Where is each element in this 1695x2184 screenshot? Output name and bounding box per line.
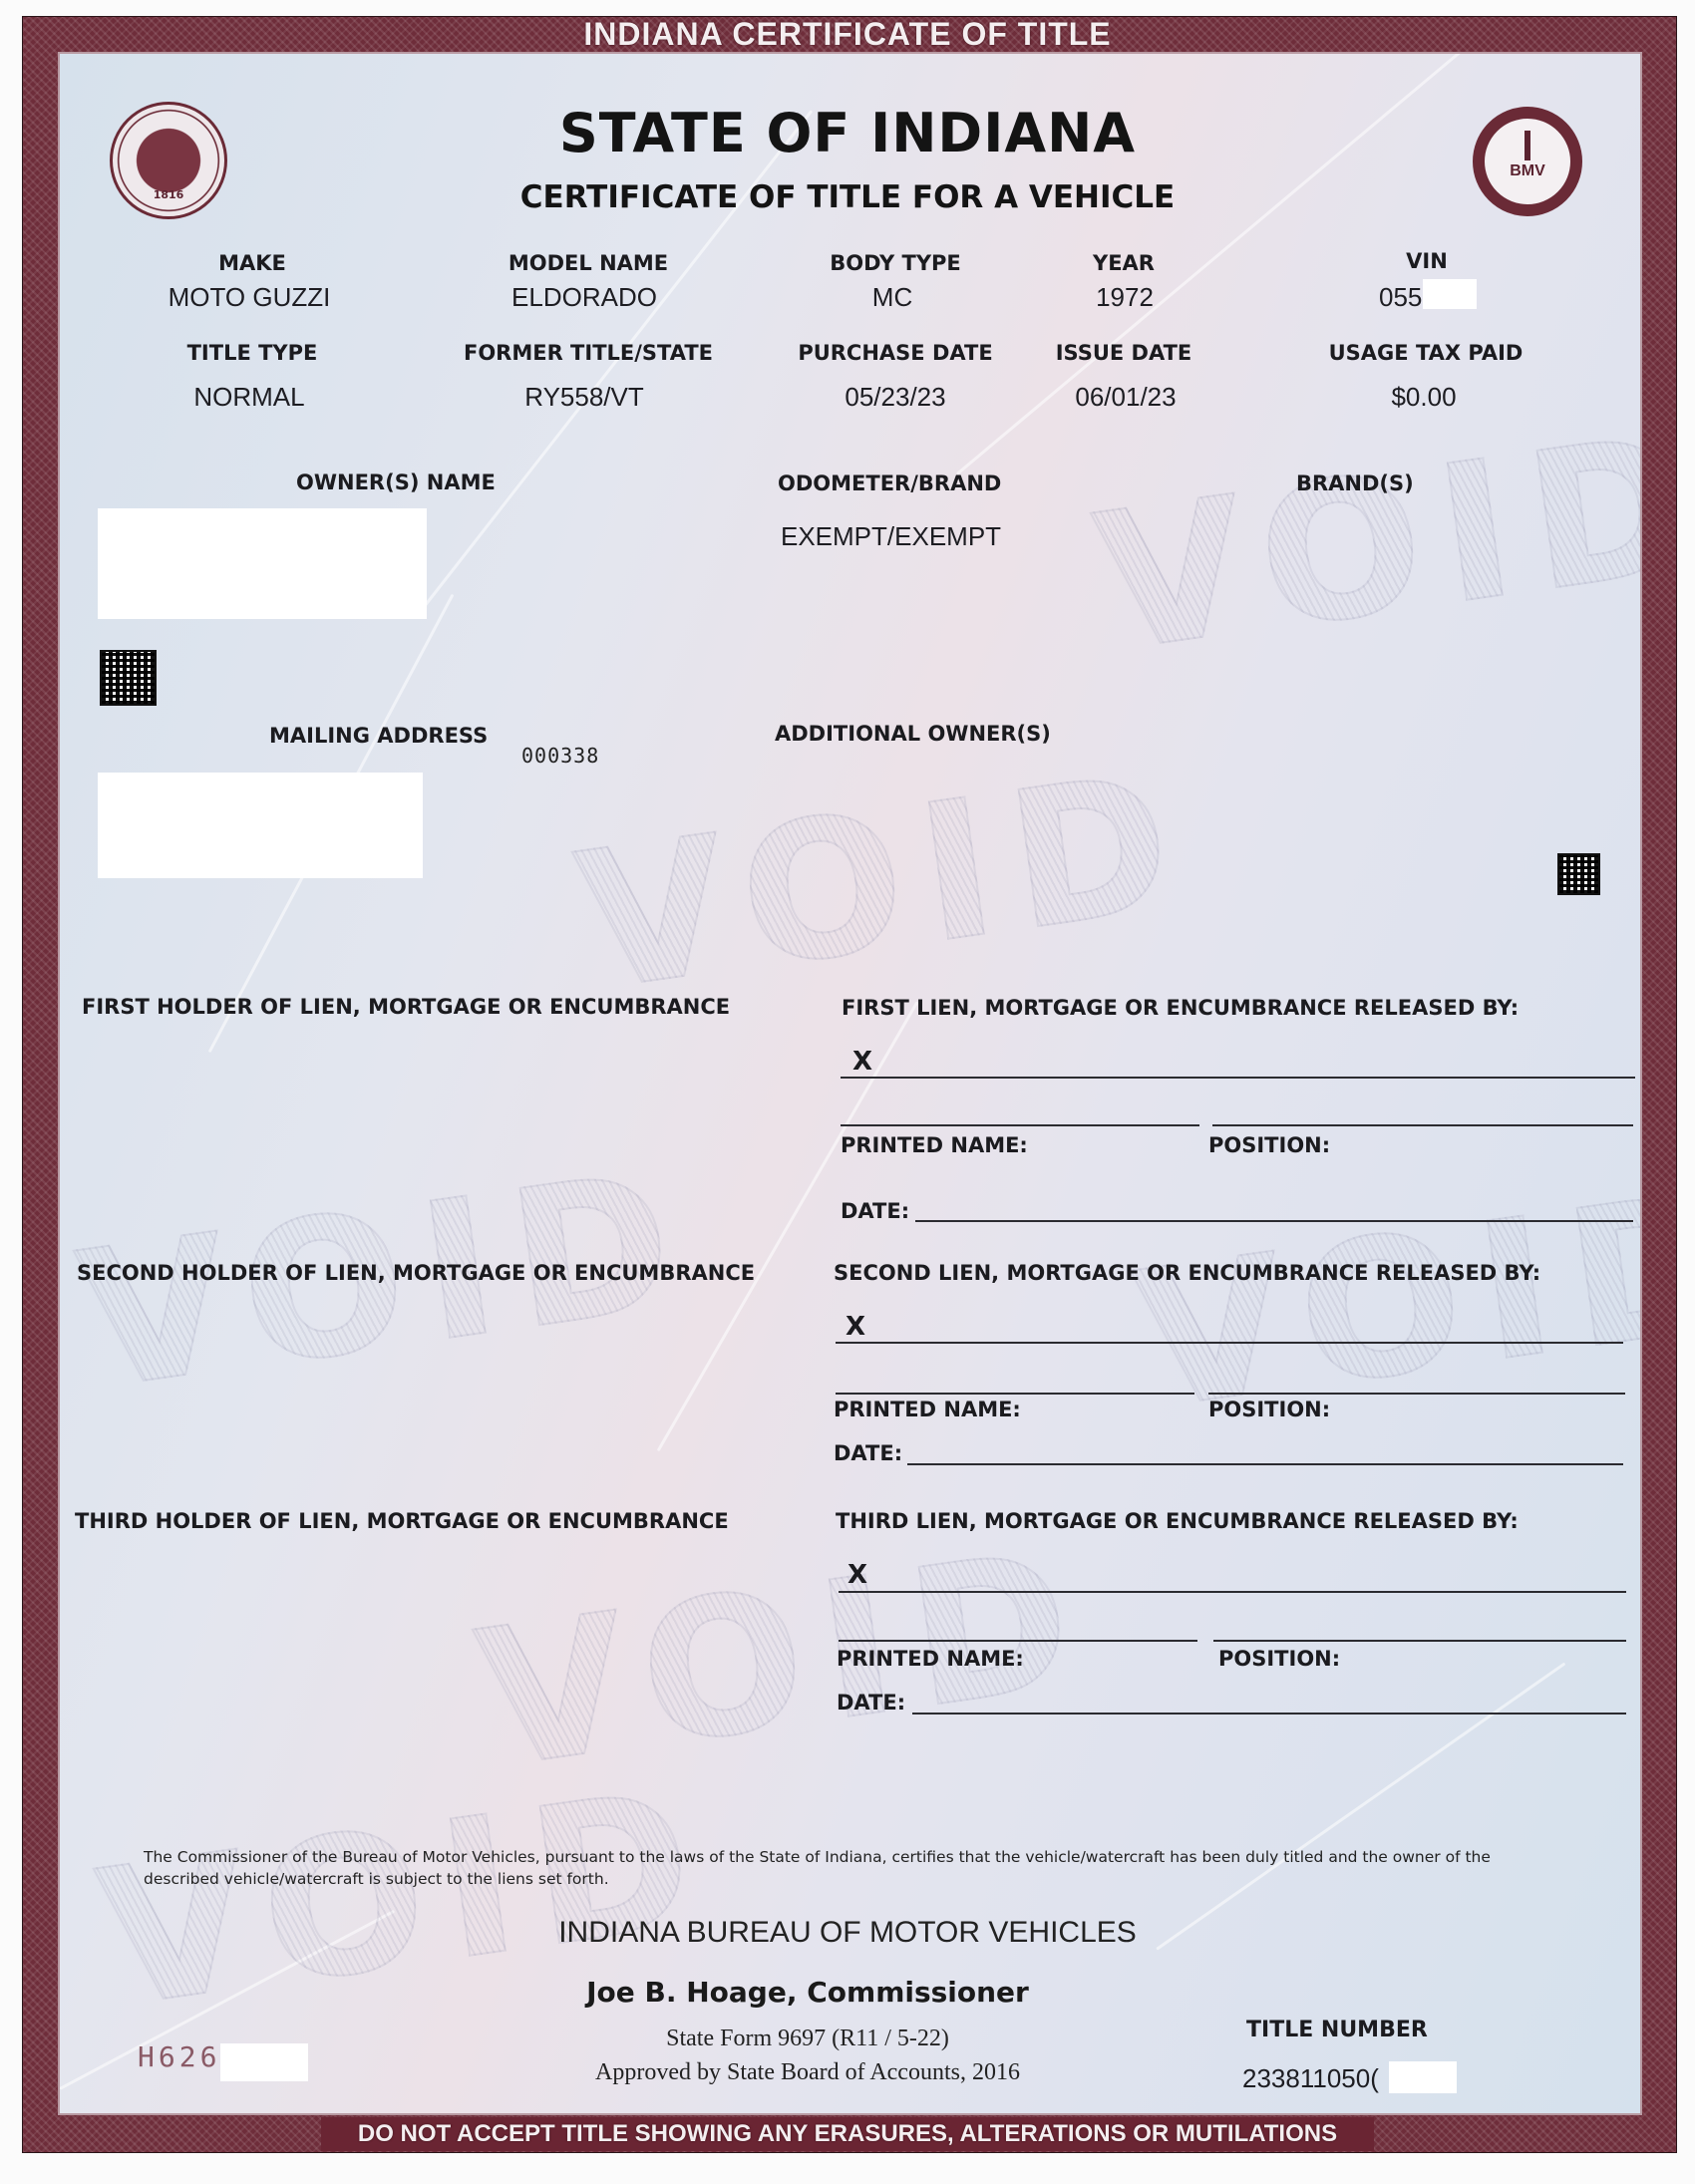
- second-lien-date-label: DATE:: [834, 1441, 902, 1465]
- second-lien-x-mark: X: [846, 1312, 865, 1342]
- control-number: H626: [138, 2040, 220, 2073]
- title-type-label: TITLE TYPE: [187, 341, 318, 365]
- vin-label: VIN: [1406, 249, 1448, 273]
- top-banner: INDIANA CERTIFICATE OF TITLE: [0, 16, 1695, 52]
- title-number-label: TITLE NUMBER: [1246, 2018, 1428, 2042]
- marble-vein: [657, 1001, 919, 1451]
- second-lien-holder-label: SECOND HOLDER OF LIEN, MORTGAGE OR ENCUM…: [77, 1261, 755, 1285]
- usage-tax-label: USAGE TAX PAID: [1329, 341, 1524, 365]
- former-title-value: RY558/VT: [524, 382, 643, 413]
- document-subtitle: CERTIFICATE OF TITLE FOR A VEHICLE: [0, 179, 1695, 215]
- odometer-value: EXEMPT/EXEMPT: [781, 521, 1001, 552]
- issue-date-label: ISSUE DATE: [1056, 341, 1192, 365]
- first-lien-printed-name-label: PRINTED NAME:: [841, 1133, 1028, 1157]
- title-number-tail: 0(: [1356, 2063, 1379, 2093]
- third-lien-printed-name-line[interactable]: [839, 1640, 1197, 1642]
- first-lien-holder-label: FIRST HOLDER OF LIEN, MORTGAGE OR ENCUMB…: [82, 995, 730, 1019]
- owner-name-label: OWNER(S) NAME: [296, 470, 496, 494]
- second-lien-position-line[interactable]: [1208, 1393, 1625, 1395]
- body-type-label: BODY TYPE: [830, 251, 961, 275]
- title-number-redaction: [1389, 2061, 1457, 2093]
- purchase-date-value: 05/23/23: [845, 382, 945, 413]
- third-lien-holder-label: THIRD HOLDER OF LIEN, MORTGAGE OR ENCUMB…: [75, 1509, 729, 1533]
- first-lien-position-line[interactable]: [1212, 1124, 1633, 1126]
- marble-vein: [1156, 1662, 1565, 1950]
- make-label: MAKE: [218, 251, 286, 275]
- first-lien-released-label: FIRST LIEN, MORTGAGE OR ENCUMBRANCE RELE…: [842, 996, 1519, 1020]
- agency-name: INDIANA BUREAU OF MOTOR VEHICLES: [0, 1916, 1695, 1950]
- barcode-icon: [100, 650, 157, 706]
- barcode-icon: [1557, 853, 1600, 895]
- bmv-seal-text: BMV: [1485, 162, 1570, 180]
- void-watermark: VOID: [1085, 391, 1642, 694]
- third-lien-position-line[interactable]: [1213, 1640, 1626, 1642]
- third-lien-x-mark: X: [847, 1560, 867, 1590]
- second-lien-signature-line[interactable]: [836, 1342, 1623, 1344]
- odometer-label: ODOMETER/BRAND: [778, 471, 1001, 495]
- third-lien-date-line[interactable]: [912, 1713, 1626, 1715]
- title-number-value: 233811050(: [1242, 2063, 1379, 2094]
- void-watermark: VOID: [1125, 1148, 1642, 1451]
- control-number-redaction: [220, 2043, 308, 2081]
- first-lien-printed-name-line[interactable]: [841, 1124, 1199, 1126]
- third-lien-signature-line[interactable]: [839, 1591, 1626, 1593]
- usage-tax-value: $0.00: [1391, 382, 1456, 413]
- first-lien-x-mark: X: [852, 1047, 872, 1077]
- first-lien-signature-line[interactable]: [841, 1077, 1635, 1079]
- second-lien-printed-name-label: PRINTED NAME:: [834, 1398, 1021, 1421]
- issue-date-value: 06/01/23: [1075, 382, 1176, 413]
- model-value: ELDORADO: [511, 282, 657, 313]
- bottom-banner: DO NOT ACCEPT TITLE SHOWING ANY ERASURES…: [321, 2117, 1374, 2151]
- former-title-label: FORMER TITLE/STATE: [464, 341, 713, 365]
- void-watermark: VOID: [566, 730, 1202, 1033]
- year-label: YEAR: [1093, 251, 1155, 275]
- first-lien-date-line[interactable]: [915, 1220, 1633, 1222]
- title-number-digits: 23381105: [1242, 2063, 1356, 2093]
- second-lien-date-line[interactable]: [907, 1463, 1623, 1465]
- vin-redaction: [1423, 279, 1477, 309]
- mailing-code: 000338: [521, 744, 599, 768]
- year-value: 1972: [1096, 282, 1154, 313]
- third-lien-position-label: POSITION:: [1218, 1647, 1340, 1671]
- first-lien-position-label: POSITION:: [1208, 1133, 1330, 1157]
- body-type-value: MC: [872, 282, 912, 313]
- document-title: STATE OF INDIANA: [0, 102, 1695, 164]
- second-lien-released-label: SECOND LIEN, MORTGAGE OR ENCUMBRANCE REL…: [834, 1261, 1540, 1285]
- owner-name-redaction: [98, 508, 427, 619]
- third-lien-released-label: THIRD LIEN, MORTGAGE OR ENCUMBRANCE RELE…: [836, 1509, 1519, 1533]
- second-lien-printed-name-line[interactable]: [836, 1393, 1194, 1395]
- third-lien-date-label: DATE:: [837, 1691, 905, 1715]
- model-label: MODEL NAME: [508, 251, 668, 275]
- commissioner-name: Joe B. Hoage, Commissioner: [0, 1976, 1615, 2009]
- certification-text: The Commissioner of the Bureau of Motor …: [144, 1846, 1520, 1890]
- mailing-address-label: MAILING ADDRESS: [269, 724, 488, 748]
- third-lien-printed-name-label: PRINTED NAME:: [837, 1647, 1024, 1671]
- make-value: MOTO GUZZI: [169, 282, 331, 313]
- purchase-date-label: PURCHASE DATE: [798, 341, 992, 365]
- second-lien-position-label: POSITION:: [1208, 1398, 1330, 1421]
- mailing-address-redaction: [98, 773, 423, 878]
- first-lien-date-label: DATE:: [841, 1199, 909, 1223]
- title-type-value: NORMAL: [193, 382, 304, 413]
- additional-owner-label: ADDITIONAL OWNER(S): [775, 722, 1051, 746]
- brands-label: BRAND(S): [1296, 471, 1414, 495]
- vin-value: 055: [1379, 282, 1422, 313]
